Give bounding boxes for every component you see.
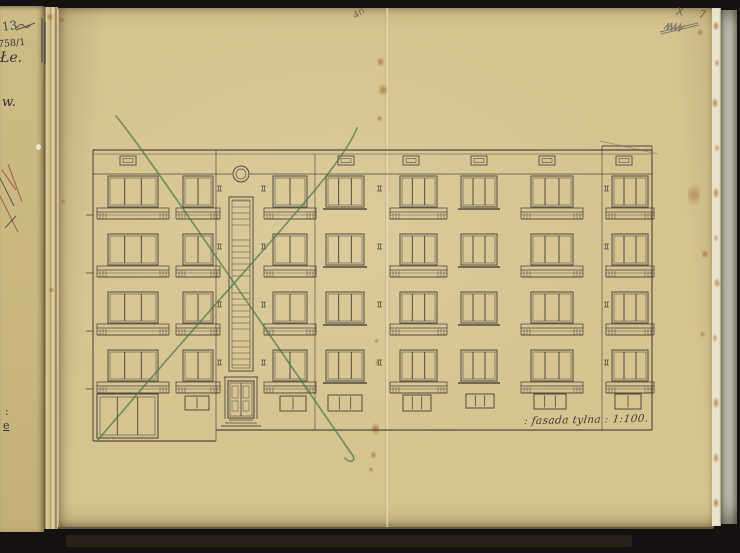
- archival-scan: 13 758/1 Łe. w. : e : fasada tylna : 1:1…: [0, 0, 740, 553]
- facade-elevation-drawing: [0, 0, 740, 553]
